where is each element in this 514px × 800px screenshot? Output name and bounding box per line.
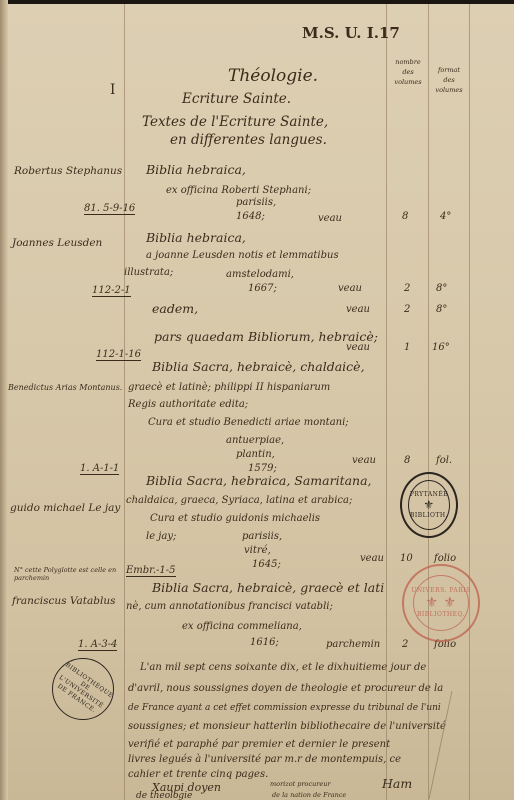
signature-librarian: Ham (382, 778, 412, 791)
column-header-count: nombre des volumes (391, 58, 425, 87)
prytanee-stamp: PRYTANÉE ⚜ BIBLIOTH. (400, 472, 458, 538)
entry-line: nè, cum annotationibus francisci vatabli… (126, 602, 333, 612)
heading-line-1: Textes de l'Ecriture Sainte, (142, 116, 328, 130)
binding-gutter (0, 0, 8, 800)
entry-line: Regis authoritate edita; (128, 400, 248, 410)
university-red-stamp: UNIVERS. PARIS ⚜ ⚜ BIBLIOTHEQ. (402, 564, 480, 642)
entry-line: Cura et studio guidonis michaelis (150, 514, 320, 524)
entry-title: eadem, (152, 303, 198, 316)
entry-count: 2 (404, 284, 410, 294)
bibliotheque-stamp: BIBLIOTHÈQUE DE L'UNIVERSITÉ DE FRANCE. (52, 658, 114, 720)
entry-author: franciscus Vatablus (12, 596, 116, 607)
entry-author: Robertus Stephanus (14, 166, 122, 177)
entry-count: 10 (400, 554, 413, 564)
entry-binding: veau (338, 284, 362, 294)
entry-count: 2 (404, 305, 410, 315)
signature-procurator-title: de la nation de France (272, 792, 346, 799)
entry-count: 1 (404, 343, 410, 353)
entry-place: ex officina commeliana, (182, 622, 302, 632)
call-number: 81. 5-9-16 (84, 204, 135, 215)
entry-binding: parchemin (326, 640, 380, 650)
shelfmark: M.S. U. I.17 (302, 26, 400, 41)
entry-binding: veau (346, 343, 370, 353)
margin-note: N° cette Polyglotte est celle en parchem… (14, 566, 120, 583)
entry-binding: veau (360, 554, 384, 564)
entry-title: pars quaedam Bibliorum, hebraicè; (154, 331, 378, 344)
entry-format: fol. (436, 456, 452, 466)
certification-line: soussignes; et monsieur hatterlin biblio… (128, 722, 446, 732)
entry-format: 8° (436, 284, 447, 294)
entry-line: chaldaica, graeca, Syriaca, latina et ar… (126, 496, 352, 506)
entry-line: Cura et studio Benedicti ariae montani; (148, 418, 349, 428)
entry-printer: vitré, (244, 546, 271, 556)
entry-count: 8 (402, 212, 408, 222)
entry-year: 1648; (236, 212, 265, 222)
column-rule-right (469, 4, 470, 800)
manuscript-page: M.S. U. I.17 I Théologie. Ecriture Saint… (0, 0, 514, 800)
entry-title: Biblia hebraica, (146, 232, 246, 245)
entry-title: Biblia hebraica, (146, 164, 246, 177)
column-header-format: format des volumes (432, 66, 466, 95)
entry-place: amstelodami, (226, 270, 294, 280)
certification-line: verifié et paraphé par premier et dernie… (128, 740, 390, 750)
page-title: Théologie. (228, 68, 318, 85)
entry-binding: veau (346, 305, 370, 315)
column-rule-author (124, 4, 125, 800)
entry-year: 1616; (250, 638, 279, 648)
entry-printer: plantin, (236, 450, 275, 460)
entry-line: illustrata; (124, 268, 173, 278)
entry-format: 16° (432, 343, 450, 353)
bibliotheque-stamp-label: BIBLIOTHÈQUE DE L'UNIVERSITÉ DE FRANCE. (50, 660, 116, 718)
call-number: 1. A-3-4 (78, 640, 117, 651)
entry-line: graecè et latinè; philippi II hispaniaru… (128, 383, 330, 393)
entry-author: Benedictus Arias Montanus. (8, 384, 122, 392)
signature-dean-title: de theologie (136, 792, 192, 800)
column-rule-format (428, 4, 429, 800)
section-number: I (110, 84, 115, 98)
entry-year: 1667; (248, 284, 277, 294)
entry-title: Biblia Sacra, hebraica, Samaritana, (146, 475, 372, 488)
entry-place: parisiis, (242, 532, 282, 542)
certification-line: cahier et trente cinq pages. (128, 770, 268, 780)
call-number: 1. A-1-1 (80, 464, 119, 475)
page-subtitle: Ecriture Sainte. (182, 93, 291, 107)
column-rule-count (386, 4, 387, 800)
entry-place: parisiis, (236, 198, 276, 208)
certification-line: d'avril, nous soussignes doyen de theolo… (128, 684, 443, 694)
entry-count: 8 (404, 456, 410, 466)
heading-line-2: en differentes langues. (170, 134, 327, 148)
entry-author: guido michael Le jay (10, 503, 120, 514)
certification-line: livres legués à l'université par m.r de … (128, 755, 401, 765)
entry-binding: veau (352, 456, 376, 466)
entry-place: antuerpiae, (226, 436, 284, 446)
call-number: Embr.-1-5 (126, 566, 176, 577)
entry-count: 2 (402, 640, 408, 650)
entry-title: Biblia Sacra, hebraicè, graecè et lati (152, 582, 384, 595)
signature-procurator: morizot procureur (270, 781, 331, 788)
page-top-edge (0, 0, 514, 4)
call-number: 112-2-1 (92, 286, 131, 297)
entry-binding: veau (318, 214, 342, 224)
entry-line: le jay; (146, 532, 176, 542)
certification-line: L'an mil sept cens soixante dix, et le d… (140, 663, 426, 673)
entry-format: folio (434, 554, 456, 564)
entry-format: 4° (440, 212, 451, 222)
entry-line: ex officina Roberti Stephani; (166, 186, 311, 196)
entry-format: 8° (436, 305, 447, 315)
entry-author: Joannes Leusden (12, 238, 102, 249)
entry-title: Biblia Sacra, hebraicè, chaldaicè, (152, 361, 365, 374)
certification-line: de France ayant a cet effet commission e… (128, 704, 441, 713)
call-number: 112-1-16 (96, 350, 141, 361)
entry-line: a joanne Leusden notis et lemmatibus (146, 251, 339, 261)
entry-year: 1645; (252, 560, 281, 570)
